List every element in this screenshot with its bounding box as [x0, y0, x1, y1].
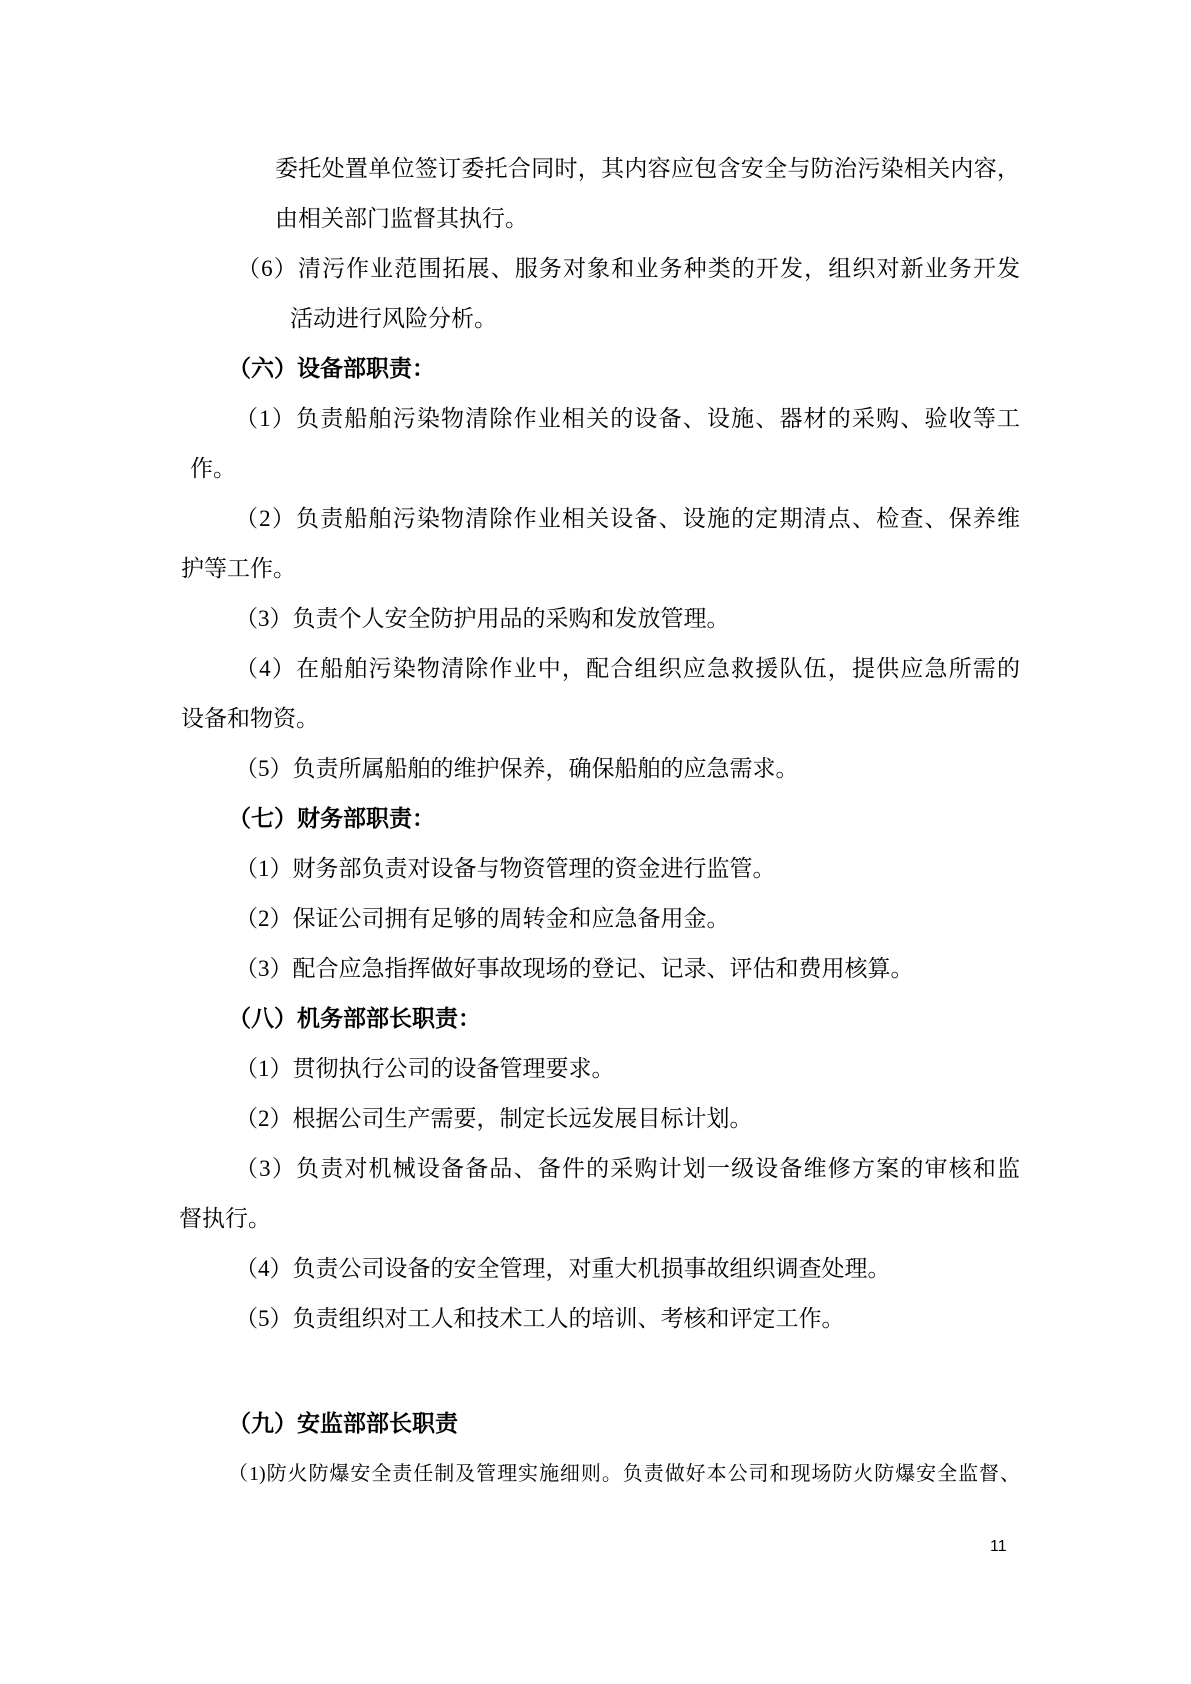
list-item: （2）负责船舶污染物清除作业相关设备、设施的定期清点、检查、保养维: [235, 494, 1020, 544]
list-item: （4）在船舶污染物清除作业中，配合组织应急救援队伍，提供应急所需的: [235, 644, 1020, 694]
document-page: 委托处置单位签订委托合同时，其内容应包含安全与防治污染相关内容， 由相关部门监督…: [0, 0, 1191, 1684]
section-heading: （八）机务部部长职责：: [228, 994, 1191, 1044]
list-item: （4）负责公司设备的安全管理，对重大机损事故组织调查处理。: [235, 1244, 1191, 1294]
text-line: 活动进行风险分析。: [290, 294, 1191, 344]
list-item: （2）保证公司拥有足够的周转金和应急备用金。: [235, 894, 1191, 944]
list-item: （5）负责所属船舶的维护保养，确保船舶的应急需求。: [235, 744, 1191, 794]
text-line: 由相关部门监督其执行。: [275, 194, 1191, 244]
blank-line: [0, 1344, 1191, 1399]
list-item: （3）负责对机械设备备品、备件的采购计划一级设备维修方案的审核和监: [235, 1144, 1020, 1194]
section-heading: （七）财务部职责：: [228, 794, 1191, 844]
section-heading: （九）安监部部长职责: [228, 1399, 1191, 1449]
list-item: （3）配合应急指挥做好事故现场的登记、记录、评估和费用核算。: [235, 944, 1191, 994]
list-item: （1）贯彻执行公司的设备管理要求。: [235, 1044, 1191, 1094]
text-line: 委托处置单位签订委托合同时，其内容应包含安全与防治污染相关内容，: [275, 144, 1020, 194]
text-line: 护等工作。: [181, 544, 1191, 594]
list-item: （1)防火防爆安全责任制及管理实施细则。负责做好本公司和现场防火防爆安全监督、: [228, 1449, 1020, 1499]
text-line: 督执行。: [179, 1194, 1191, 1244]
list-item: （5）负责组织对工人和技术工人的培训、考核和评定工作。: [235, 1294, 1191, 1344]
document-body: 委托处置单位签订委托合同时，其内容应包含安全与防治污染相关内容， 由相关部门监督…: [0, 144, 1191, 1499]
list-item: （6）清污作业范围拓展、服务对象和业务种类的开发，组织对新业务开发: [237, 244, 1020, 294]
list-item: （2）根据公司生产需要，制定长远发展目标计划。: [235, 1094, 1191, 1144]
text-line: 设备和物资。: [181, 694, 1191, 744]
list-item: （3）负责个人安全防护用品的采购和发放管理。: [235, 594, 1191, 644]
list-item: （1）财务部负责对设备与物资管理的资金进行监管。: [235, 844, 1191, 894]
section-heading: （六）设备部职责：: [228, 344, 1191, 394]
text-line: 作。: [190, 444, 1191, 494]
page-number: 11: [990, 1537, 1007, 1556]
list-item: （1）负责船舶污染物清除作业相关的设备、设施、器材的采购、验收等工: [235, 394, 1020, 444]
